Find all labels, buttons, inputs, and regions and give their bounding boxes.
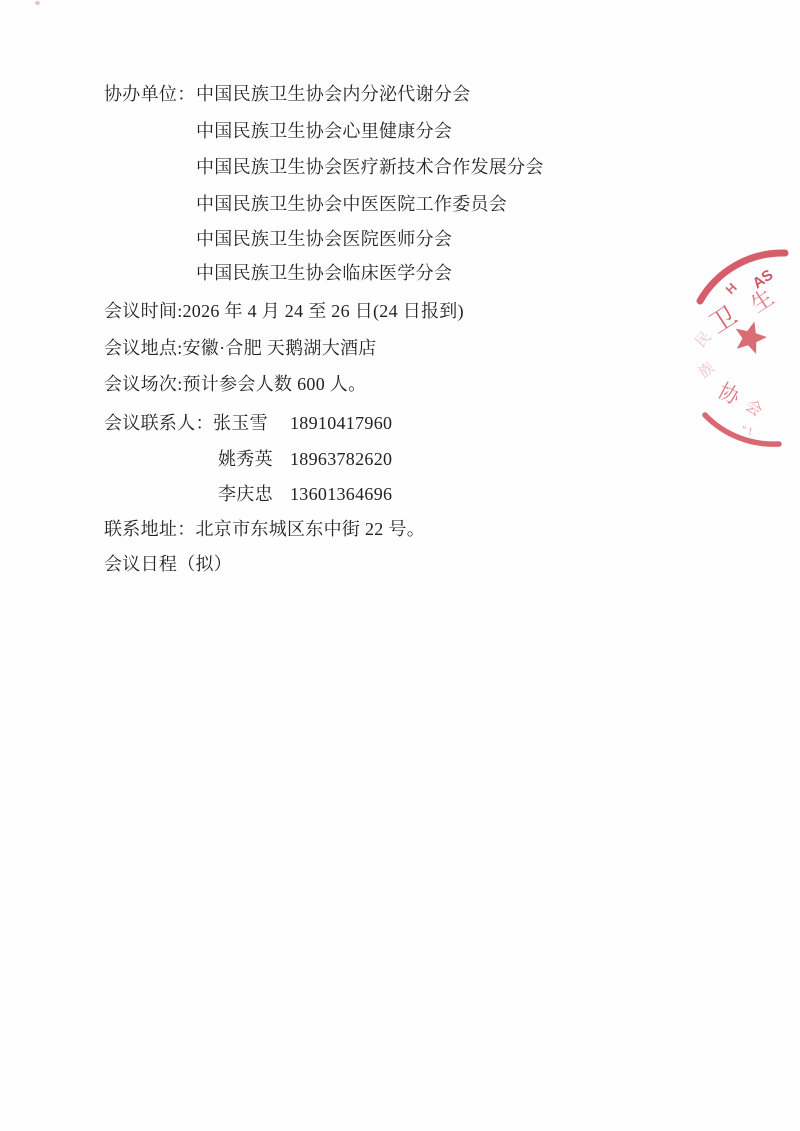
seal-ring-bottom-arc — [705, 415, 779, 444]
meeting-session-line: 会议场次:预计参会人数 600 人。 — [104, 373, 366, 396]
meeting-place-line: 会议地点:安徽·合肥 天鹅湖大酒店 — [104, 337, 377, 360]
seal-ring-top-arc — [700, 253, 785, 301]
co-organizer-item: 中国民族卫生协会内分泌代谢分会 — [196, 83, 471, 106]
contact-name: 李庆忠 — [218, 483, 273, 506]
seal-char-hui: 会 — [742, 396, 765, 420]
seal-star-icon — [736, 322, 767, 354]
seal-char-faint-2: 族 — [695, 359, 717, 382]
co-organizer-item: 中国民族卫生协会医院医师分会 — [196, 228, 452, 251]
agenda-heading: 会议日程（拟） — [104, 553, 232, 576]
official-seal: AS H 卫 生 民 族 协 会 '' ! — [645, 243, 800, 458]
co-organizer-item: 中国民族卫生协会临床医学分会 — [196, 262, 452, 285]
official-seal-graphic: AS H 卫 生 民 族 协 会 '' ! — [645, 243, 800, 458]
co-organizer-item: 中国民族卫生协会中医医院工作委员会 — [196, 193, 507, 216]
seal-char-sheng: 生 — [746, 284, 778, 317]
seal-ring-letter-h: H — [723, 280, 740, 297]
contact-name: 张玉雪 — [213, 412, 268, 435]
contact-name: 姚秀英 — [218, 448, 273, 471]
contacts-label: 会议联系人： — [104, 412, 214, 435]
co-organizer-label: 协办单位： — [104, 83, 196, 106]
co-organizer-item: 中国民族卫生协会心里健康分会 — [196, 120, 452, 143]
contact-phone: 18963782620 — [290, 448, 392, 471]
seal-ring-letters-as: AS — [750, 266, 777, 292]
contact-phone: 18910417960 — [290, 412, 392, 435]
co-organizer-item: 中国民族卫生协会医疗新技术合作发展分会 — [196, 156, 544, 179]
seal-char-xie: 协 — [714, 379, 745, 411]
seal-char-wei: 卫 — [705, 301, 743, 339]
contact-phone: 13601364696 — [290, 483, 392, 506]
meeting-time-line: 会议时间:2026 年 4 月 24 至 26 日(24 日报到) — [104, 300, 464, 323]
contact-address-line: 联系地址：北京市东城区东中街 22 号。 — [104, 518, 425, 541]
seal-char-faint-1: 民 — [692, 328, 715, 351]
document-page: 协办单位： 中国民族卫生协会内分泌代谢分会 中国民族卫生协会心里健康分会 中国民… — [0, 0, 800, 1131]
ink-speck — [35, 1, 40, 5]
seal-tick-marks: '' ! — [740, 424, 753, 438]
